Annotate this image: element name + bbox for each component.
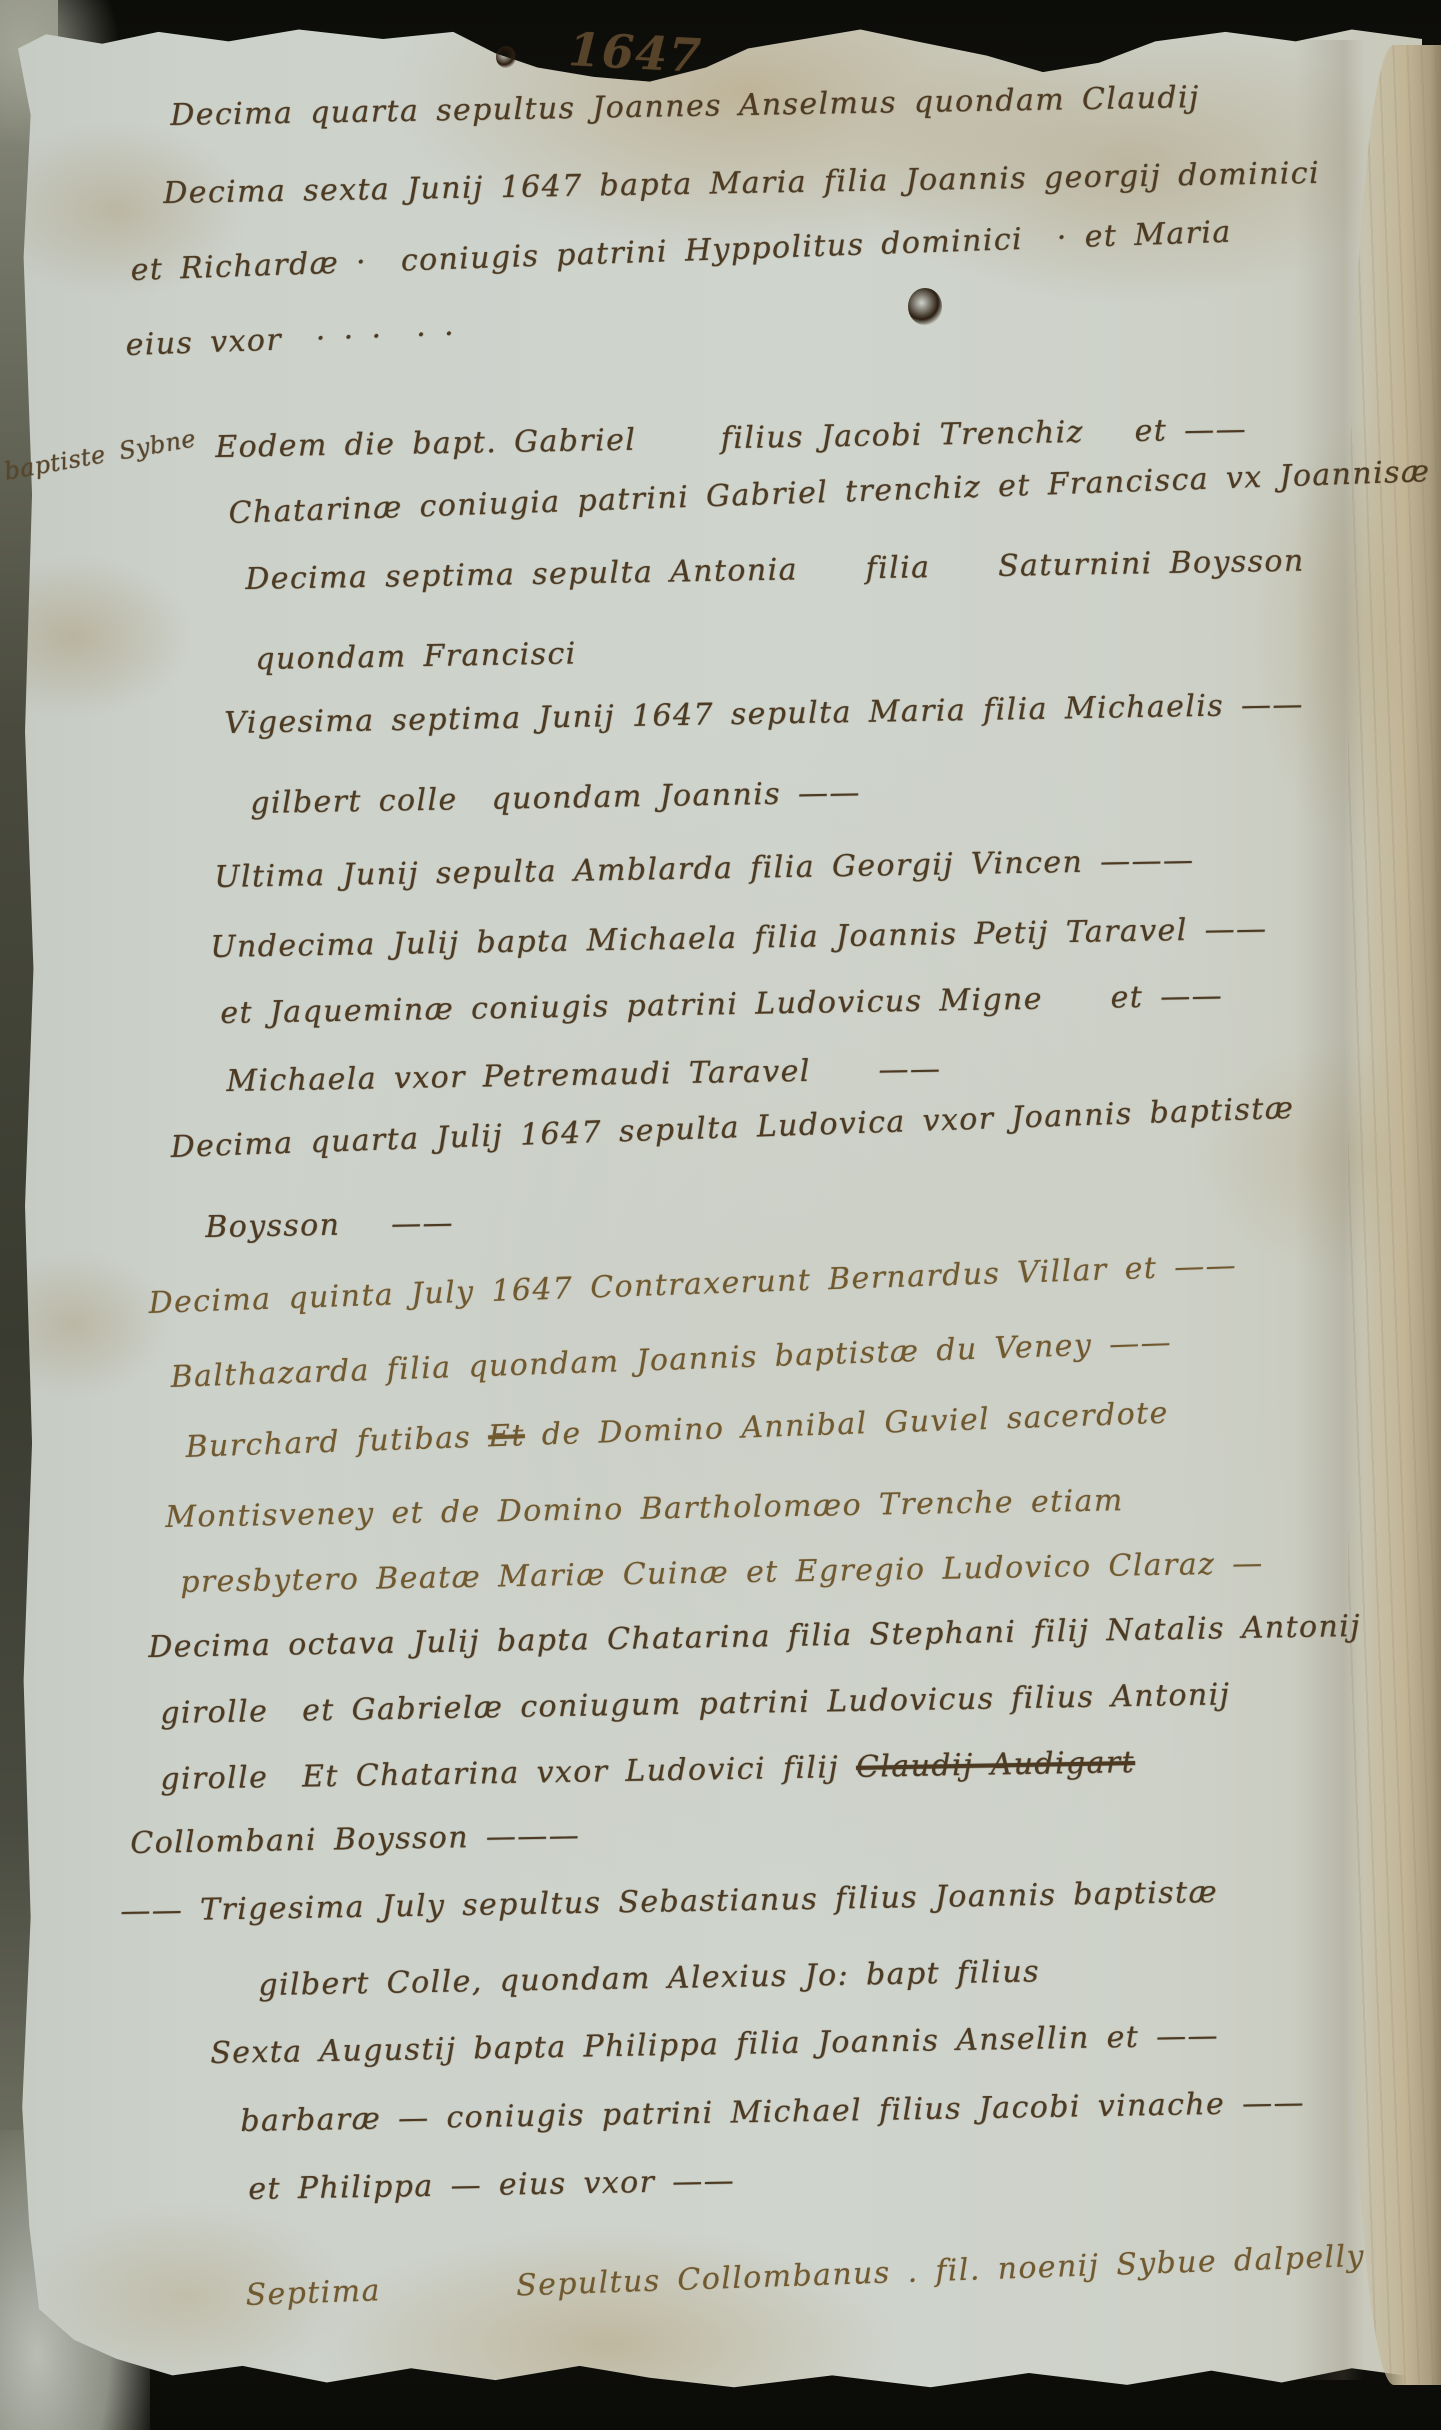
manuscript-line-14: Michaela vxor Petremaudi Taravel —— — [226, 1052, 942, 1099]
manuscript-line-12: Undecima Julij bapta Michaela filia Joan… — [210, 912, 1268, 965]
crossed-out-text: Claudij Audigart — [856, 1745, 1136, 1785]
manuscript-line-1: Decima quarta sepultus Joannes Anselmus … — [170, 80, 1200, 133]
manuscript-line-29: barbaræ — coniugis patrini Michael filiu… — [240, 2085, 1305, 2139]
manuscript-line-30: et Philippa — eius vxor —— — [248, 2164, 735, 2207]
manuscript-line-23: girolle et Gabrielæ coniugum patrini Lud… — [160, 1677, 1231, 1731]
manuscript-line-28: Sexta Augustij bapta Philippa filia Joan… — [210, 2018, 1219, 2071]
manuscript-line-17: Decima quinta July 1647 Contraxerunt Ber… — [148, 1248, 1238, 1321]
manuscript-line-4: eius vxor · · · · · — [125, 316, 456, 362]
manuscript-line-16: Boysson —— — [205, 1206, 454, 1245]
manuscript-line-5: Eodem die bapt. Gabriel filius Jacobi Tr… — [215, 412, 1247, 465]
manuscript-line-9: Vigesima septima Junij 1647 sepulta Mari… — [224, 687, 1304, 741]
manuscript-line-22: Decima octava Julij bapta Chatarina fili… — [148, 1609, 1361, 1665]
manuscript-line-21: presbytero Beatæ Mariæ Cuinæ et Egregio … — [180, 1546, 1264, 1600]
manuscript-line-6: Chatarinæ coniugia patrini Gabriel trenc… — [228, 454, 1431, 531]
manuscript-line-18: Balthazarda filia quondam Joannis baptis… — [170, 1325, 1173, 1395]
manuscript-line-26: —— Trigesima July sepultus Sebastianus f… — [120, 1875, 1218, 1929]
manuscript-line-27: gilbert Colle, quondam Alexius Jo: bapt … — [258, 1954, 1040, 2003]
manuscript-line-20: Montisveney et de Domino Bartholomæo Tre… — [165, 1483, 1124, 1535]
manuscript-line-19: Burchard futibas Et de Domino Annibal Gu… — [185, 1396, 1169, 1465]
manuscript-line-25: Collombani Boysson ——— — [130, 1818, 580, 1861]
manuscript-line-13: et Jaqueminæ coniugis patrini Ludovicus … — [220, 978, 1223, 1030]
crossed-out-text: Et — [488, 1418, 526, 1454]
year-heading: 1647 — [567, 22, 703, 83]
margin-note: baptiste Sybne — [2, 424, 198, 485]
scan-background: 1647 baptiste Sybne Decima quarta sepult… — [0, 0, 1441, 2430]
manuscript-line-11: Ultima Junij sepulta Amblarda filia Geor… — [214, 843, 1195, 895]
ink-blot-2 — [908, 288, 942, 325]
manuscript-line-15: Decima quarta Julij 1647 sepulta Ludovic… — [170, 1091, 1295, 1165]
manuscript-line-2: Decima sexta Junij 1647 bapta Maria fili… — [163, 156, 1320, 211]
manuscript-text-layer: 1647 baptiste Sybne Decima quarta sepult… — [0, 0, 1441, 2430]
manuscript-line-10: gilbert colle quondam Joannis —— — [250, 775, 861, 821]
manuscript-line-7: Decima septima sepulta Antonia filia Sat… — [245, 544, 1305, 597]
manuscript-line-8: quondam Francisci — [255, 636, 577, 677]
manuscript-line-3: et Richardæ · coniugis patrini Hyppolitu… — [130, 215, 1232, 288]
manuscript-line-31: Septima Sepultus Collombanus . fil. noen… — [245, 2239, 1365, 2313]
ink-blot-1 — [496, 46, 516, 68]
manuscript-line-24: girolle Et Chatarina vxor Ludovici filij… — [160, 1745, 1135, 1797]
